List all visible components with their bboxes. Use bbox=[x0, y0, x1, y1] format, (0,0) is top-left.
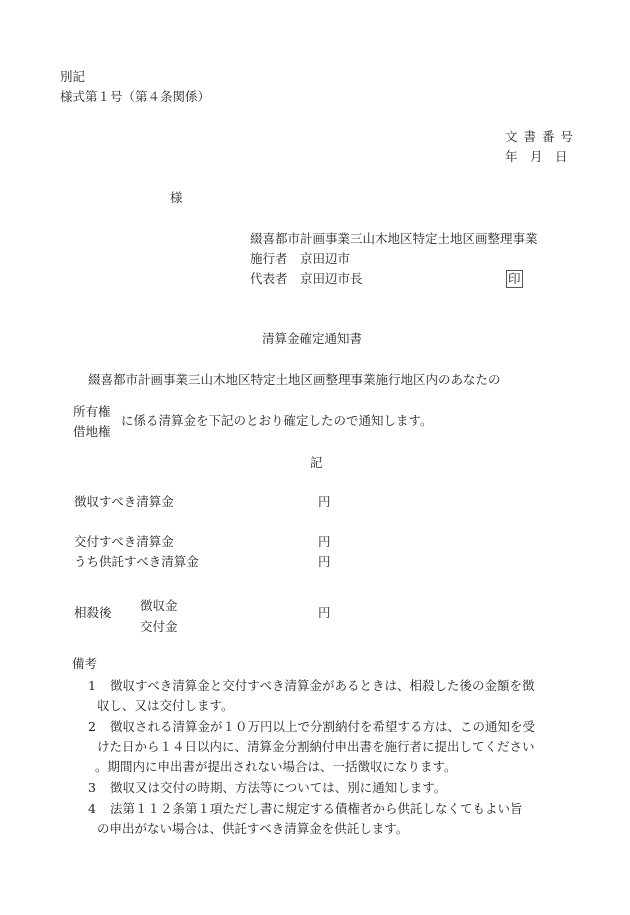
collect-amount-unit: 円 bbox=[318, 494, 331, 510]
offset-amount-unit: 円 bbox=[318, 605, 331, 621]
ki-label: 記 bbox=[310, 455, 323, 471]
document-title: 清算金確定通知書 bbox=[262, 331, 362, 347]
note-2-line-1: 徴収される清算金が１０万円以上で分割納付を希望する方は、この通知を受 bbox=[110, 719, 535, 735]
note-2-number: 2 bbox=[88, 719, 96, 735]
notes-heading: 備考 bbox=[72, 656, 97, 672]
offset-grant-label: 交付金 bbox=[140, 619, 178, 635]
offset-collect-label: 徴収金 bbox=[140, 598, 178, 614]
offset-label: 相殺後 bbox=[74, 605, 112, 621]
note-4-number: 4 bbox=[88, 801, 96, 817]
recipient-honorific: 様 bbox=[170, 190, 183, 206]
note-4-line-2: の申出がない場合は、供託すべき清算金を供託します。 bbox=[97, 821, 408, 837]
deposit-amount-label: うち供託すべき清算金 bbox=[74, 554, 199, 570]
note-2-line-3: 。期間内に申出書が提出されない場合は、一括徴収になります。 bbox=[95, 759, 457, 775]
right-option-ownership: 所有権 bbox=[73, 404, 111, 420]
deposit-amount-unit: 円 bbox=[318, 554, 331, 570]
body-line-2: に係る清算金を下記のとおり確定したので通知します。 bbox=[121, 413, 433, 429]
note-1-number: 1 bbox=[88, 678, 96, 694]
document-number-label: 文 書 番 号 bbox=[505, 129, 574, 145]
body-line-1: 綴喜都市計画事業三山木地区特定土地区画整理事業施行地区内のあなたの bbox=[88, 372, 501, 388]
note-2-line-2: けた日から１４日以内に、清算金分割納付申出書を施行者に提出してください bbox=[97, 739, 535, 755]
note-3-number: 3 bbox=[88, 780, 96, 796]
note-1-line-2: 収し、又は交付します。 bbox=[97, 698, 234, 714]
collect-amount-label: 徴収すべき清算金 bbox=[74, 494, 174, 510]
issuer-operator: 施行者 京田辺市 bbox=[250, 251, 350, 267]
appendix-label: 別記 bbox=[60, 69, 85, 85]
issuer-representative: 代表者 京田辺市長 bbox=[250, 271, 363, 287]
right-option-leasehold: 借地権 bbox=[73, 424, 111, 440]
grant-amount-unit: 円 bbox=[318, 534, 331, 550]
date-label: 年 月 日 bbox=[505, 149, 568, 165]
note-1-line-1: 徴収すべき清算金と交付すべき清算金があるときは、相殺した後の金額を徴 bbox=[110, 678, 535, 694]
grant-amount-label: 交付すべき清算金 bbox=[74, 534, 174, 550]
issuer-project: 綴喜都市計画事業三山木地区特定土地区画整理事業 bbox=[250, 231, 538, 247]
note-4-line-1: 法第１１２条第１項ただし書に規定する債権者から供託しなくてもよい旨 bbox=[110, 801, 523, 817]
note-3-line-1: 徴収又は交付の時期、方法等については、別に通知します。 bbox=[110, 780, 446, 796]
seal-mark: 印 bbox=[506, 270, 523, 288]
form-number: 様式第１号（第４条関係） bbox=[60, 89, 210, 105]
